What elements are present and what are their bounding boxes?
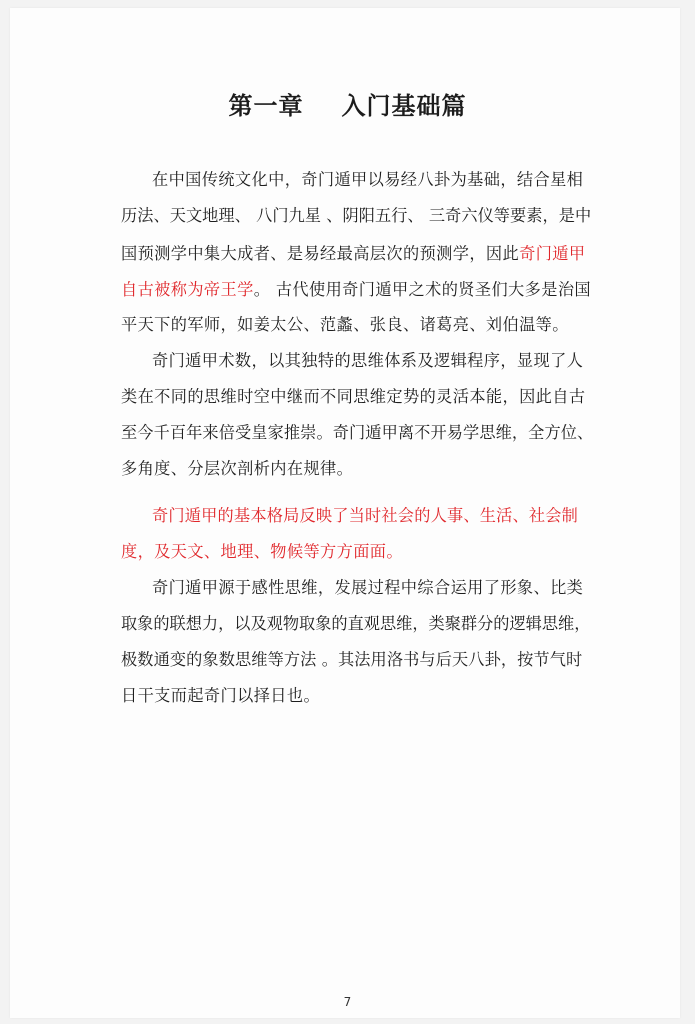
text-segment: 日干支而起奇门以择日也。 xyxy=(121,686,320,705)
chapter-label: 第一章 xyxy=(229,92,304,120)
text-segment: 历法、天文地理、 八门九星 、阴阳五行、 三奇六仪等要素，是中 xyxy=(121,206,591,225)
paragraph-1-line-5: 平天下的军师，如姜太公、范蠡、张良、诸葛亮、刘伯温等。 xyxy=(121,314,591,336)
paragraph-2-line-2: 类在不同的思维时空中继而不同思维定势的灵活本能，因此自古 xyxy=(121,386,591,408)
text-segment: 国预测学中集大成者、是易经最高层次的预测学，因此 xyxy=(121,244,519,263)
text-segment: 。 古代使用奇门遁甲之术的贤圣们大多是治国 xyxy=(254,280,591,299)
highlighted-text: 奇门遁甲 xyxy=(519,244,585,263)
text-segment: 多角度、分层次剖析内在规律。 xyxy=(121,459,353,478)
text-segment: 取象的联想力，以及观物取象的直观思维，类聚群分的逻辑思维， xyxy=(121,614,590,633)
text-segment: 类在不同的思维时空中继而不同思维定势的灵活本能，因此自古 xyxy=(121,387,585,406)
paragraph-3-line-2: 度，及天文、地理、物候等方方面面。 xyxy=(121,541,591,563)
paragraph-1-line-4: 自古被称为帝王学。 古代使用奇门遁甲之术的贤圣们大多是治国 xyxy=(121,279,591,301)
paragraph-2-line-1: 奇门遁甲术数，以其独特的思维体系及逻辑程序，显现了人 xyxy=(152,350,592,372)
paragraph-4-line-1: 奇门遁甲源于感性思维，发展过程中综合运用了形象、比类 xyxy=(152,577,592,599)
chapter-heading: 第一章入门基础篇 xyxy=(0,86,695,121)
paragraph-1-line-2: 历法、天文地理、 八门九星 、阴阳五行、 三奇六仪等要素，是中 xyxy=(121,205,591,227)
paragraph-1-line-3: 国预测学中集大成者、是易经最高层次的预测学，因此奇门遁甲 xyxy=(121,243,591,265)
text-segment: 至今千百年来倍受皇家推崇。奇门遁甲离不开易学思维，全方位、 xyxy=(121,423,593,442)
text-segment: 奇门遁甲源于感性思维，发展过程中综合运用了形象、比类 xyxy=(152,578,583,597)
paragraph-4-line-4: 日干支而起奇门以择日也。 xyxy=(121,685,591,707)
text-segment: 奇门遁甲术数，以其独特的思维体系及逻辑程序，显现了人 xyxy=(152,351,583,370)
paragraph-1-line-1: 在中国传统文化中，奇门遁甲以易经八卦为基础，结合星相 xyxy=(152,169,592,191)
paragraph-4-line-2: 取象的联想力，以及观物取象的直观思维，类聚群分的逻辑思维， xyxy=(121,613,591,635)
text-segment: 极数通变的象数思维等方法 。其法用洛书与后天八卦，按节气时 xyxy=(121,650,582,669)
chapter-title: 入门基础篇 xyxy=(342,92,467,120)
paragraph-3-line-1: 奇门遁甲的基本格局反映了当时社会的人事、生活、社会制 xyxy=(152,505,592,527)
highlighted-text: 自古被称为帝王学 xyxy=(121,280,254,299)
text-segment: 在中国传统文化中，奇门遁甲以易经八卦为基础，结合星相 xyxy=(152,170,583,189)
paragraph-4-line-3: 极数通变的象数思维等方法 。其法用洛书与后天八卦，按节气时 xyxy=(121,649,591,671)
paragraph-2-line-4: 多角度、分层次剖析内在规律。 xyxy=(121,458,591,480)
paragraph-2-line-3: 至今千百年来倍受皇家推崇。奇门遁甲离不开易学思维，全方位、 xyxy=(121,422,591,444)
highlighted-text: 度，及天文、地理、物候等方方面面。 xyxy=(121,542,403,561)
highlighted-text: 奇门遁甲的基本格局反映了当时社会的人事、生活、社会制 xyxy=(152,506,578,525)
text-segment: 平天下的军师，如姜太公、范蠡、张良、诸葛亮、刘伯温等。 xyxy=(121,315,569,334)
page-number: 7 xyxy=(0,995,695,1009)
